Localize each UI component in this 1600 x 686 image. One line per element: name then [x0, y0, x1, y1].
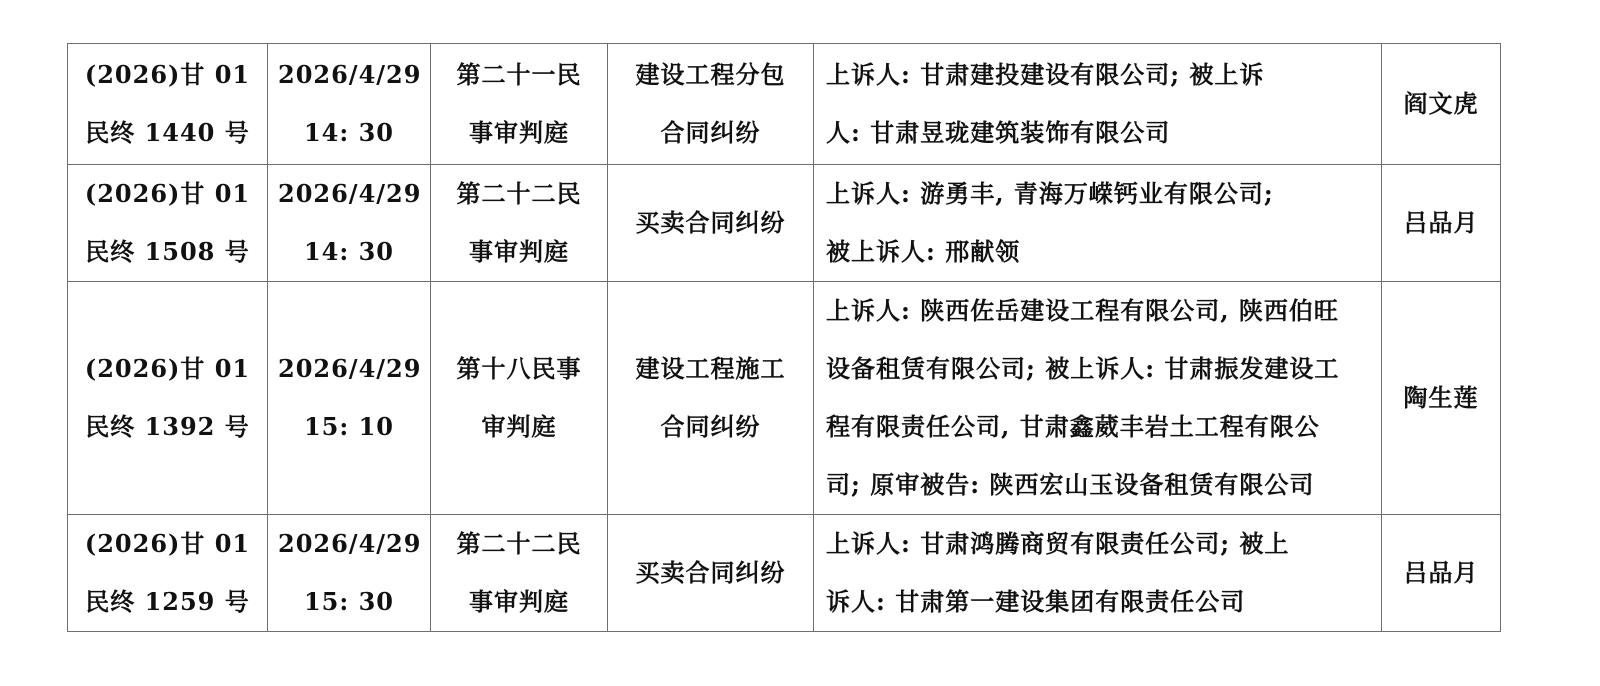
case-cause-line: 合同纠纷 — [618, 104, 803, 162]
hearing-datetime-cell: 2026/4/29 14: 30 — [268, 44, 431, 165]
case-cause-line: 买卖合同纠纷 — [618, 544, 803, 602]
hearing-date: 2026/4/29 — [278, 46, 420, 104]
case-number-line: (2026)甘 01 — [78, 46, 257, 104]
judge-cell: 吕品月 — [1382, 515, 1501, 632]
court-division-cell: 第二十二民 事审判庭 — [431, 165, 608, 282]
parties-line: 设备租赁有限公司; 被上诉人: 甘肃振发建设工 — [826, 340, 1373, 398]
parties-line: 程有限责任公司, 甘肃鑫葳丰岩土工程有限公 — [826, 398, 1373, 456]
hearing-time: 15: 10 — [278, 398, 420, 456]
hearing-schedule-table: (2026)甘 01 民终 1440 号 2026/4/29 14: 30 第二… — [67, 43, 1501, 632]
case-number-line: (2026)甘 01 — [78, 340, 257, 398]
case-number-cell: (2026)甘 01 民终 1392 号 — [68, 282, 268, 515]
case-cause-line: 买卖合同纠纷 — [618, 194, 803, 252]
court-division-line: 事审判庭 — [441, 223, 597, 281]
case-number-cell: (2026)甘 01 民终 1508 号 — [68, 165, 268, 282]
case-cause-cell: 买卖合同纠纷 — [608, 165, 814, 282]
parties-cell: 上诉人: 游勇丰, 青海万嵘钙业有限公司; 被上诉人: 邢献领 — [814, 165, 1382, 282]
court-division-cell: 第二十二民 事审判庭 — [431, 515, 608, 632]
parties-cell: 上诉人: 陕西佐岳建设工程有限公司, 陕西伯旺 设备租赁有限公司; 被上诉人: … — [814, 282, 1382, 515]
case-cause-line: 建设工程分包 — [618, 46, 803, 104]
case-cause-line: 建设工程施工 — [618, 340, 803, 398]
court-division-line: 第十八民事 — [441, 340, 597, 398]
parties-line: 上诉人: 陕西佐岳建设工程有限公司, 陕西伯旺 — [826, 282, 1373, 340]
parties-cell: 上诉人: 甘肃建投建设有限公司; 被上诉 人: 甘肃昱珑建筑装饰有限公司 — [814, 44, 1382, 165]
table-row: (2026)甘 01 民终 1440 号 2026/4/29 14: 30 第二… — [68, 44, 1501, 165]
parties-line: 上诉人: 甘肃建投建设有限公司; 被上诉 — [826, 46, 1373, 104]
parties-line: 人: 甘肃昱珑建筑装饰有限公司 — [826, 104, 1373, 162]
table-row: (2026)甘 01 民终 1508 号 2026/4/29 14: 30 第二… — [68, 165, 1501, 282]
judge-name: 吕品月 — [1404, 208, 1479, 237]
case-number-line: 民终 1392 号 — [78, 398, 257, 456]
judge-cell: 阎文虎 — [1382, 44, 1501, 165]
hearing-time: 14: 30 — [278, 104, 420, 162]
hearing-date: 2026/4/29 — [278, 515, 420, 573]
table-row: (2026)甘 01 民终 1259 号 2026/4/29 15: 30 第二… — [68, 515, 1501, 632]
judge-name: 陶生莲 — [1404, 383, 1479, 412]
hearing-date: 2026/4/29 — [278, 340, 420, 398]
court-division-cell: 第二十一民 事审判庭 — [431, 44, 608, 165]
case-number-line: 民终 1508 号 — [78, 223, 257, 281]
court-division-line: 第二十一民 — [441, 46, 597, 104]
court-division-line: 事审判庭 — [441, 104, 597, 162]
case-cause-cell: 建设工程分包 合同纠纷 — [608, 44, 814, 165]
court-division-line: 第二十二民 — [441, 165, 597, 223]
hearing-datetime-cell: 2026/4/29 15: 30 — [268, 515, 431, 632]
case-number-line: (2026)甘 01 — [78, 165, 257, 223]
judge-name: 吕品月 — [1404, 558, 1479, 587]
hearing-datetime-cell: 2026/4/29 15: 10 — [268, 282, 431, 515]
case-number-cell: (2026)甘 01 民终 1440 号 — [68, 44, 268, 165]
case-number-line: 民终 1440 号 — [78, 104, 257, 162]
hearing-time: 15: 30 — [278, 573, 420, 631]
parties-line: 诉人: 甘肃第一建设集团有限责任公司 — [826, 573, 1373, 631]
parties-line: 被上诉人: 邢献领 — [826, 223, 1373, 281]
case-cause-cell: 买卖合同纠纷 — [608, 515, 814, 632]
court-division-line: 第二十二民 — [441, 515, 597, 573]
hearing-date: 2026/4/29 — [278, 165, 420, 223]
court-division-cell: 第十八民事 审判庭 — [431, 282, 608, 515]
hearing-time: 14: 30 — [278, 223, 420, 281]
parties-cell: 上诉人: 甘肃鸿腾商贸有限责任公司; 被上 诉人: 甘肃第一建设集团有限责任公司 — [814, 515, 1382, 632]
hearing-datetime-cell: 2026/4/29 14: 30 — [268, 165, 431, 282]
case-cause-cell: 建设工程施工 合同纠纷 — [608, 282, 814, 515]
court-division-line: 审判庭 — [441, 398, 597, 456]
parties-line: 上诉人: 甘肃鸿腾商贸有限责任公司; 被上 — [826, 515, 1373, 573]
case-number-line: (2026)甘 01 — [78, 515, 257, 573]
judge-name: 阎文虎 — [1404, 89, 1479, 118]
case-cause-line: 合同纠纷 — [618, 398, 803, 456]
table-row: (2026)甘 01 民终 1392 号 2026/4/29 15: 10 第十… — [68, 282, 1501, 515]
case-number-cell: (2026)甘 01 民终 1259 号 — [68, 515, 268, 632]
parties-line: 上诉人: 游勇丰, 青海万嵘钙业有限公司; — [826, 165, 1373, 223]
case-number-line: 民终 1259 号 — [78, 573, 257, 631]
judge-cell: 陶生莲 — [1382, 282, 1501, 515]
parties-line: 司; 原审被告: 陕西宏山玉设备租赁有限公司 — [826, 456, 1373, 514]
court-division-line: 事审判庭 — [441, 573, 597, 631]
judge-cell: 吕品月 — [1382, 165, 1501, 282]
